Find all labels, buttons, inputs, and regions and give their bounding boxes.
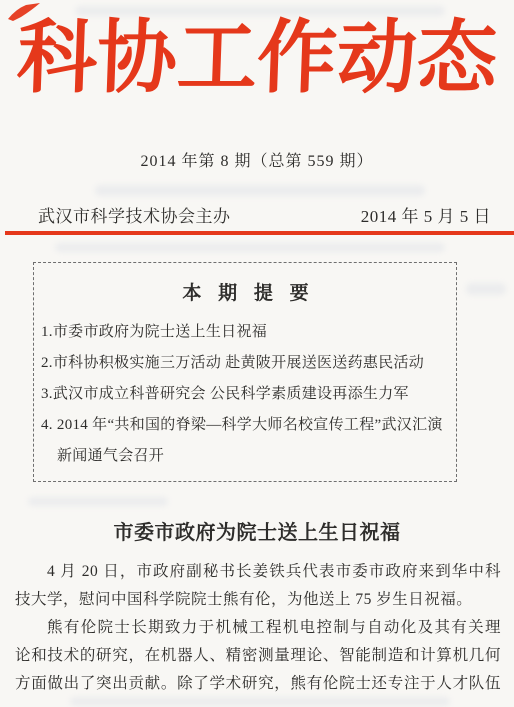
summary-box: 本 期 提 要 1.市委市政府为院士送上生日祝福2.市科协积极实施三万活动 赴黄… bbox=[33, 262, 457, 482]
ink-bleed-artifact bbox=[466, 283, 506, 295]
publisher-name: 武汉市科学技术协会主办 bbox=[38, 206, 231, 228]
article-text-line: 论和技术的研究，在机器人、精密测量理论、智能制造和计算机几何 bbox=[15, 642, 501, 670]
newsletter-page: 科协工作动态 2014 年第 8 期（总第 559 期） 武汉市科学技术协会主办… bbox=[0, 0, 514, 707]
article-body: 4 月 20 日，市政府副秘书长姜铁兵代表市委市政府来到华中科技大学，慰问中国科… bbox=[15, 558, 501, 698]
summary-item: 4. 2014 年“共和国的脊梁—科学大师名校宣传工程”武汉汇演 bbox=[41, 410, 450, 441]
issue-line: 2014 年第 8 期（总第 559 期） bbox=[0, 152, 514, 172]
summary-item: 2.市科协积极实施三万活动 赴黄陂开展送医送药惠民活动 bbox=[41, 348, 450, 379]
ink-bleed-artifact bbox=[95, 185, 425, 196]
article-text-line: 方面做出了突出贡献。除了学术研究，熊有伦院士还专注于人才队伍 bbox=[15, 670, 501, 698]
summary-item: 3.武汉市成立科普研究会 公民科学素质建设再添生力军 bbox=[41, 379, 450, 410]
ink-bleed-artifact bbox=[28, 497, 168, 506]
red-divider-rule bbox=[5, 231, 514, 235]
summary-item: 1.市委市政府为院士送上生日祝福 bbox=[41, 317, 450, 348]
publish-date: 2014 年 5 月 5 日 bbox=[361, 206, 491, 228]
masthead-title: 科协工作动态 bbox=[0, 12, 514, 106]
summary-item: 新闻通气会召开 bbox=[41, 441, 450, 472]
summary-box-title: 本 期 提 要 bbox=[41, 281, 450, 307]
article-text-line: 熊有伦院士长期致力于机械工程机电控制与自动化及其有关理 bbox=[15, 614, 501, 642]
ink-bleed-artifact bbox=[70, 697, 450, 706]
article-text-line: 4 月 20 日，市政府副秘书长姜铁兵代表市委市政府来到华中科 bbox=[15, 558, 501, 586]
article-text-line: 技大学，慰问中国科学院院士熊有伦，为他送上 75 岁生日祝福。 bbox=[15, 586, 501, 614]
summary-list: 1.市委市政府为院士送上生日祝福2.市科协积极实施三万活动 赴黄陂开展送医送药惠… bbox=[41, 317, 450, 472]
publisher-row: 武汉市科学技术协会主办 2014 年 5 月 5 日 bbox=[38, 206, 491, 228]
ink-bleed-artifact bbox=[55, 243, 445, 252]
article-title: 市委市政府为院士送上生日祝福 bbox=[0, 519, 514, 547]
